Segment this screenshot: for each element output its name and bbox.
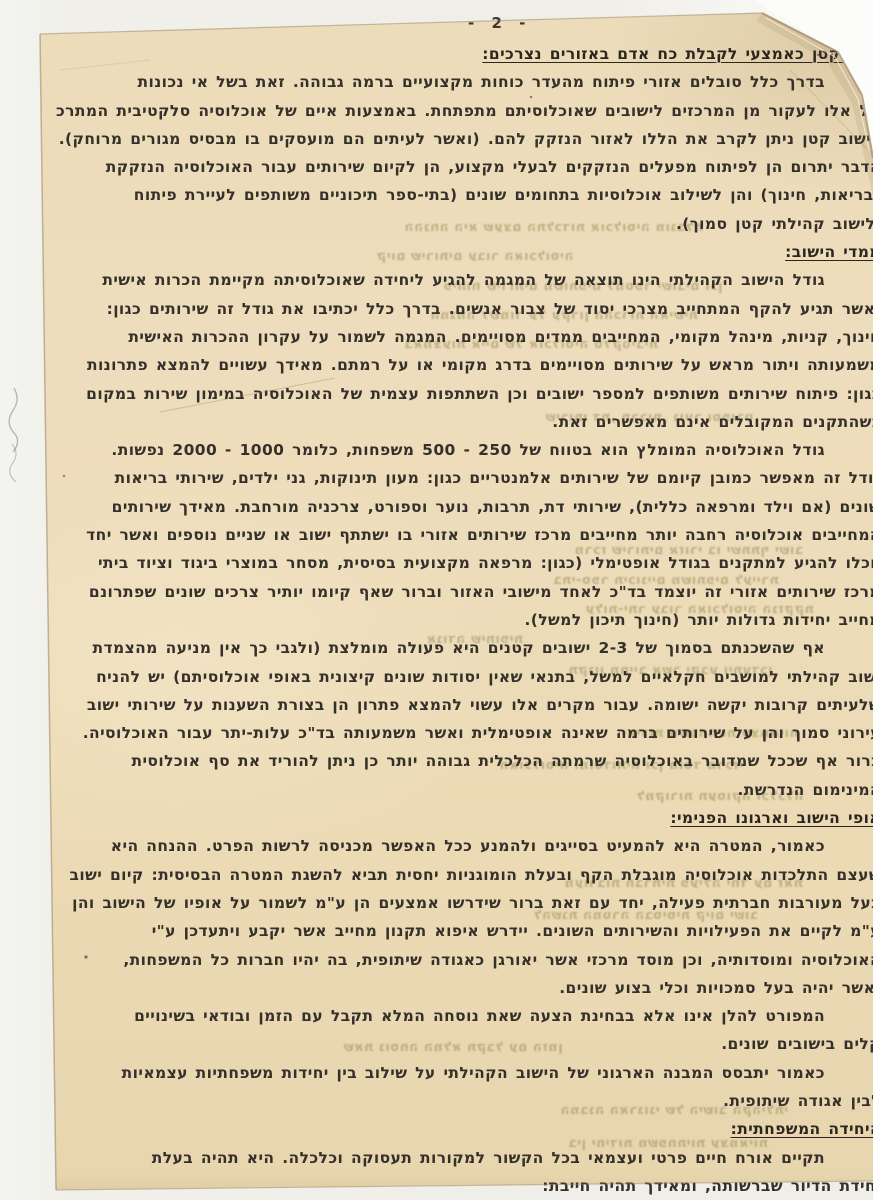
text-line: שעצם התלכדות אוכלוסיה מוגבלת הקף ובעלת ה… [56,861,873,889]
text-line: ואשר יהיה בעל סמכויות וכלי בצוע שונים. [56,974,873,1002]
text-line: כשהתקנים המקובלים אינם מאפשרים זאת. [56,408,873,436]
text-line: בעל מעורבות חברתית פעילה, יחד עם זאת ברו… [56,889,873,917]
text-line: הדבר יתרום הן לפיתוח מפעלים הנזקקים לבעל… [56,153,873,181]
text-line: חינוך, קניות, מינהל מקומי, המחייבים ממדי… [56,323,873,351]
text-line: ואשר תגיע להקף המתחייב מצרכי יסוד של צבו… [56,295,873,323]
text-line: האוכלוסיה ומוסדותיה, וכן מוסד מרכזי אשר … [56,946,873,974]
document-text-body: הישוב הקטן כאמצעי לקבלת כח אדם באזורים נ… [56,40,873,1200]
text-line: תקיים אורח חיים פרטי ועצמאי בכל הקשור למ… [56,1144,873,1172]
text-line: לבין אגודה שיתופית. [56,1087,873,1115]
text-line: מרכז שירותים אזורי זה יוצמד בד"כ לאחד מי… [56,578,873,606]
text-line: ע"מ לקיים את הפעילויות והשירותים השונים.… [56,917,873,945]
text-line: מחייב יחידות גדולות יותר (חינוך תיכון למ… [56,606,873,634]
text-line: המפורט להלן אינו אלא בבחינת הצעה שאת נוס… [56,1002,873,1030]
text-line: בישוב קטן ניתן לקרב את הללו לאזור הנזקק … [56,125,873,153]
text-line: המחייבים אוכלוסיה רחבה יותר מחייבים מרכז… [56,521,873,549]
text-line: גודל הישוב הקהילתי הינו תוצאה של המגמה ל… [56,266,873,294]
text-line: גודל האוכלוסיה המומלץ הוא בטווח של 250 -… [56,436,873,464]
text-line: קלים בישובים שונים. [56,1030,873,1058]
text-line: עירוני סמוך והן על שירותים ברמה שאינה או… [56,719,873,747]
section-heading: אופי הישוב וארגונו הפנימי: [56,804,873,832]
text-line: כגון: פיתוח שירותים משותפים למספר ישובים… [56,380,873,408]
text-line: של אלו לעקור מן המרכזים לישובים שאוכלוסי… [56,97,873,125]
text-line: יחידת הדיור שברשותה, ומאידך תהיה חייבת: [56,1172,873,1200]
text-line: ברור אף שככל שמדובר באוכלוסיה שרמתה הכלכ… [56,747,873,775]
text-line: כאמור, המטרה היא להמעיט בסייגים ולהמנע כ… [56,832,873,860]
text-line: יוכלו להגיע למתקנים בגודל אופטימלי (כגון… [56,549,873,577]
page-number: - 2 - [468,14,531,32]
text-line: שלעיתים קרובות יקשה ישומה. עבור מקרים אל… [56,691,873,719]
text-line: כאמור יתבסס המבנה הארגוני של הישוב הקהיל… [56,1059,873,1087]
section-heading: ממדי הישוב: [56,238,873,266]
text-line: בדרך כלל סובלים אזורי פיתוח מהעדר כוחות … [56,68,873,96]
section-heading: היחידה המשפחתית: [56,1115,873,1143]
text-line: משמעותה ויתור מראש על שירותים מסויימים ב… [56,351,873,379]
text-line: שונים (אם וילד ומרפאה כללית), שירותי דת,… [56,493,873,521]
scanned-document-page: ההנחה היא שעצם התלכדות אוכלוסיה מוגבלתקי… [0,0,873,1200]
text-line: המינימום הנדרשת. [56,776,873,804]
text-line: ולישוב קהילתי קטן סמוך). [56,210,873,238]
section-heading: הישוב הקטן כאמצעי לקבלת כח אדם באזורים נ… [56,40,873,68]
text-line: (בריאות, חינוך) והן לשילוב אוכלוסיות בתח… [56,181,873,209]
text-line: ישוב קהילתי למושבים חקלאיים למשל, בתנאי … [56,663,873,691]
text-line: אף שהשכנתם בסמוך של 2-3 ישובים קטנים היא… [56,634,873,662]
text-line: גודל זה מאפשר כמובן קיומם של שירותים אלמ… [56,464,873,492]
